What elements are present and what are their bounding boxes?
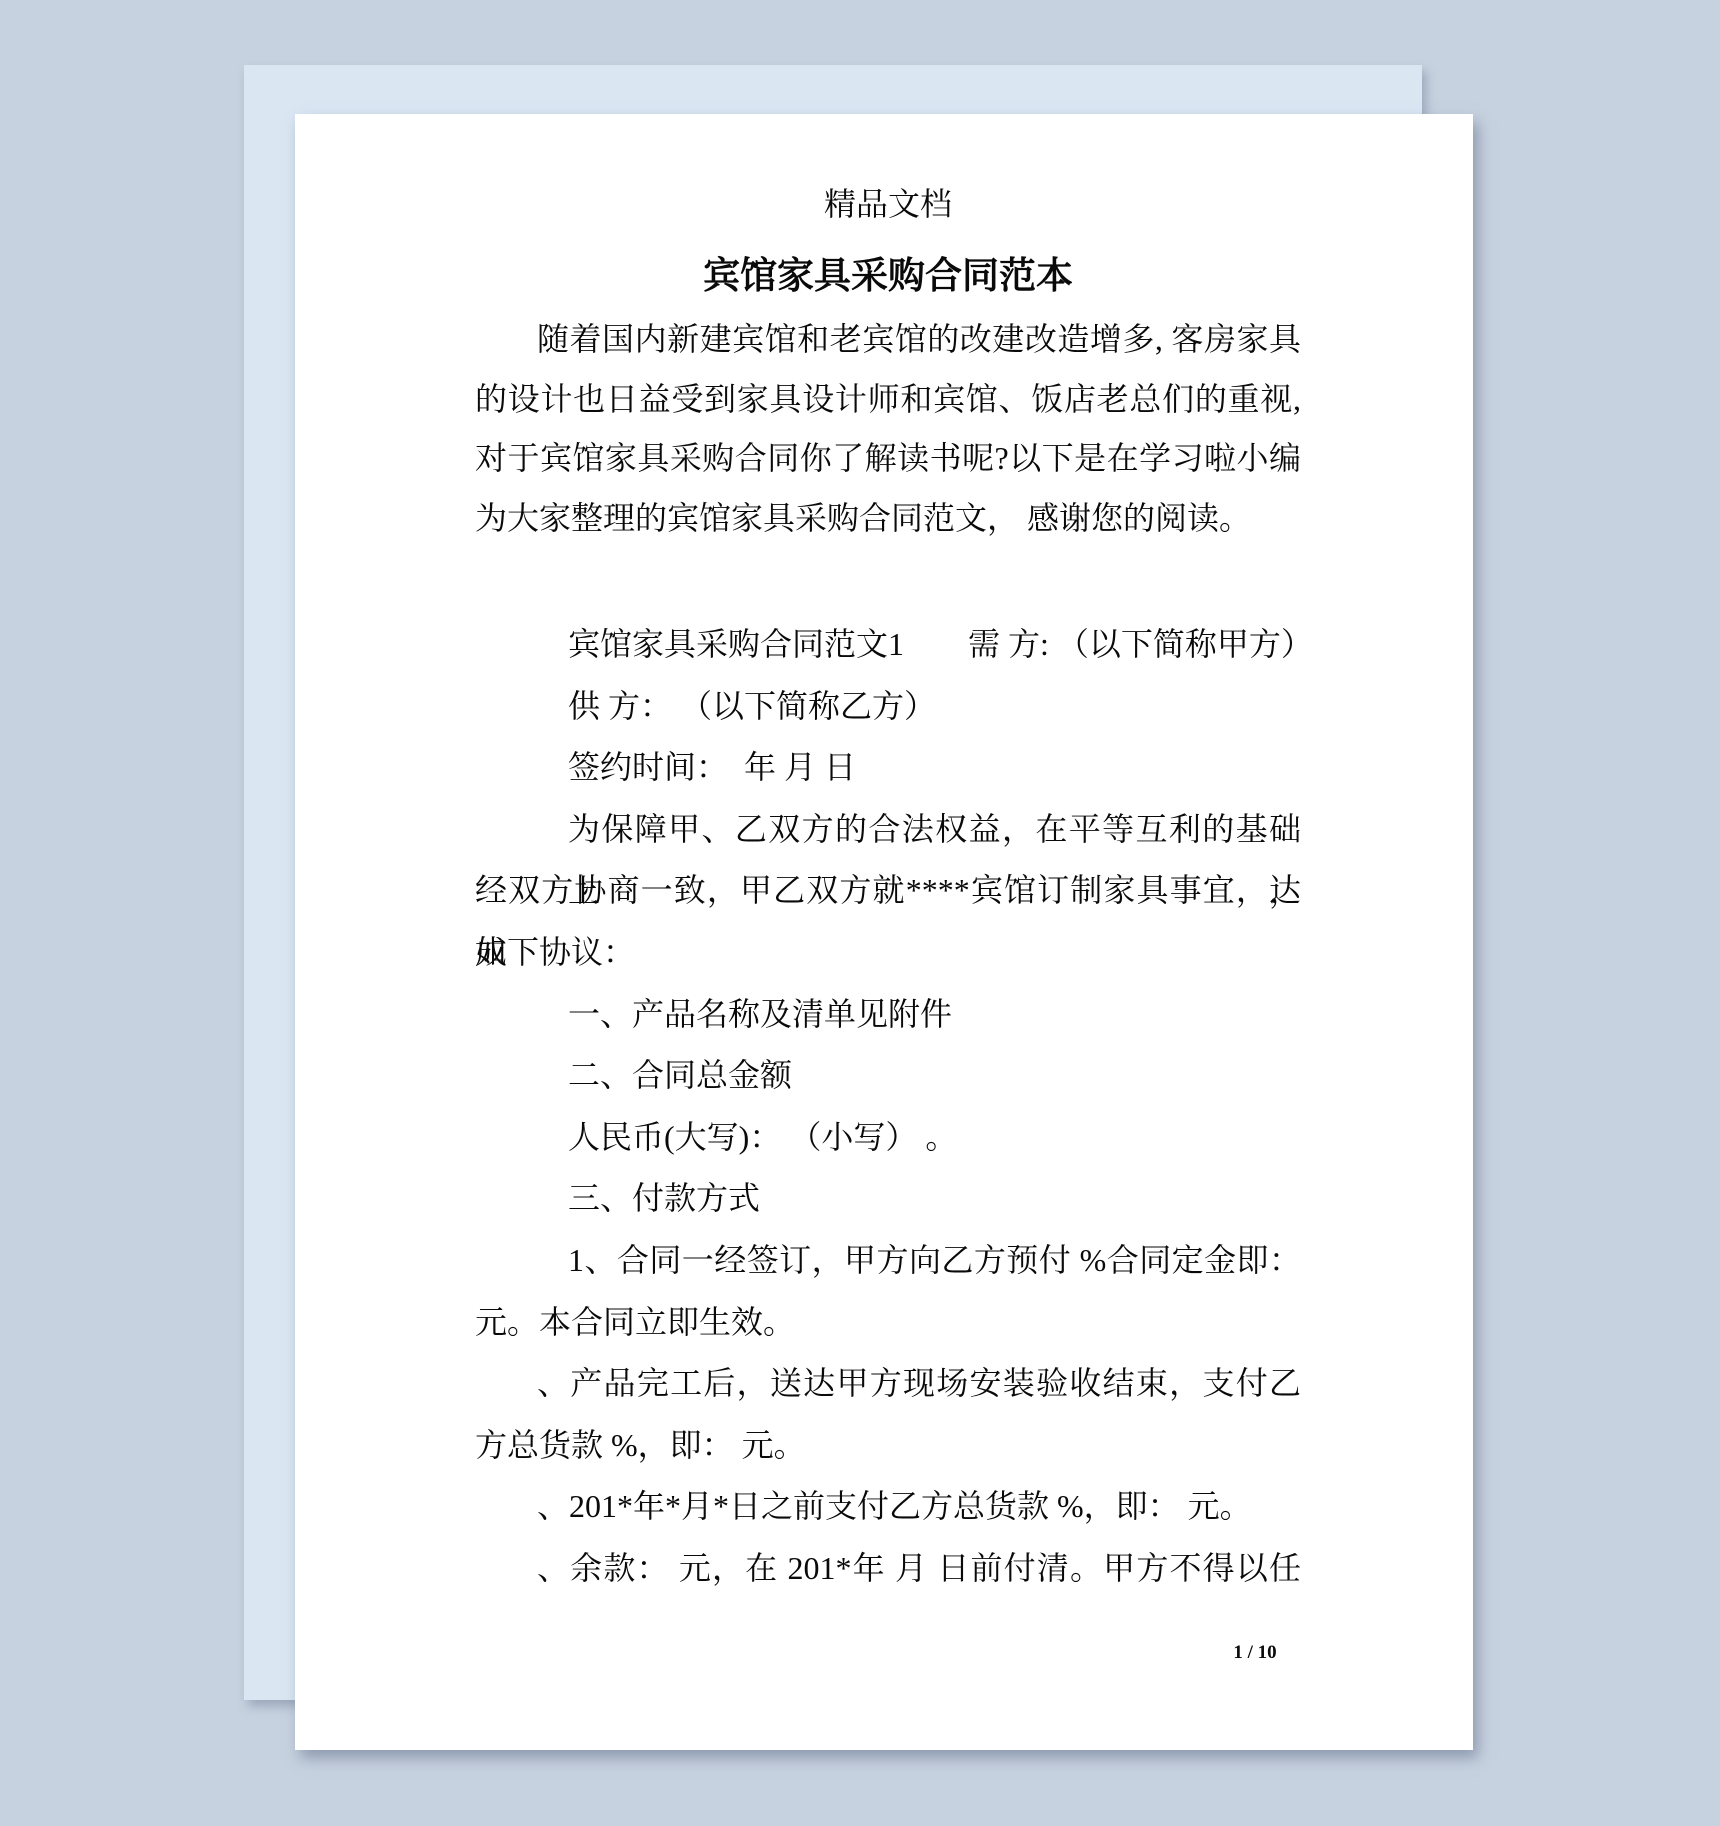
document-line: 三、付款方式 [475, 1167, 1301, 1229]
document-line: 随着国内新建宾馆和老宾馆的改建改造增多, 客房家具 [475, 308, 1301, 370]
document-line: 、产品完工后，送达甲方现场安装验收结束，支付乙 [475, 1352, 1301, 1414]
document-page: 精品文档 宾馆家具采购合同范本 随着国内新建宾馆和老宾馆的改建改造增多, 客房家… [295, 114, 1473, 1750]
document-line: 宾馆家具采购合同范文1 需 方: （以下简称甲方） [475, 613, 1301, 675]
document-line: 的设计也日益受到家具设计师和宾馆、饭店老总们的重视, [475, 368, 1301, 430]
document-line: 为保障甲、乙双方的合法权益，在平等互利的基础上， [475, 798, 1301, 860]
desk-background: 精品文档 宾馆家具采购合同范本 随着国内新建宾馆和老宾馆的改建改造增多, 客房家… [0, 0, 1720, 1826]
document-body: 随着国内新建宾馆和老宾馆的改建改造增多, 客房家具的设计也日益受到家具设计师和宾… [475, 114, 1301, 1750]
document-line: 、余款： 元，在 201*年 月 日前付清。甲方不得以任 [475, 1537, 1301, 1599]
document-line: 、201*年*月*日之前支付乙方总货款 %，即： 元。 [475, 1475, 1301, 1537]
document-line: 对于宾馆家具采购合同你了解读书呢?以下是在学习啦小编 [475, 427, 1301, 489]
document-line: 如下协议： [475, 921, 1301, 983]
document-line: 人民币(大写)： （小写） 。 [475, 1106, 1301, 1168]
document-line: 为大家整理的宾馆家具采购合同范文， 感谢您的阅读。 [475, 487, 1301, 549]
document-line: 经双方协商一致，甲乙双方就****宾馆订制家具事宜，达成 [475, 859, 1301, 921]
page-number: 1 / 10 [1195, 1640, 1315, 1666]
document-line: 方总货款 %，即： 元。 [475, 1414, 1301, 1476]
document-line: 供 方： （以下简称乙方） [475, 675, 1301, 737]
document-line: 二、合同总金额 [475, 1044, 1301, 1106]
document-line: 1、合同一经签订，甲方向乙方预付 %合同定金即： [475, 1229, 1301, 1291]
document-line: 元。本合同立即生效。 [475, 1291, 1301, 1353]
document-line: 一、产品名称及清单见附件 [475, 983, 1301, 1045]
document-line: 签约时间： 年 月 日 [475, 736, 1301, 798]
